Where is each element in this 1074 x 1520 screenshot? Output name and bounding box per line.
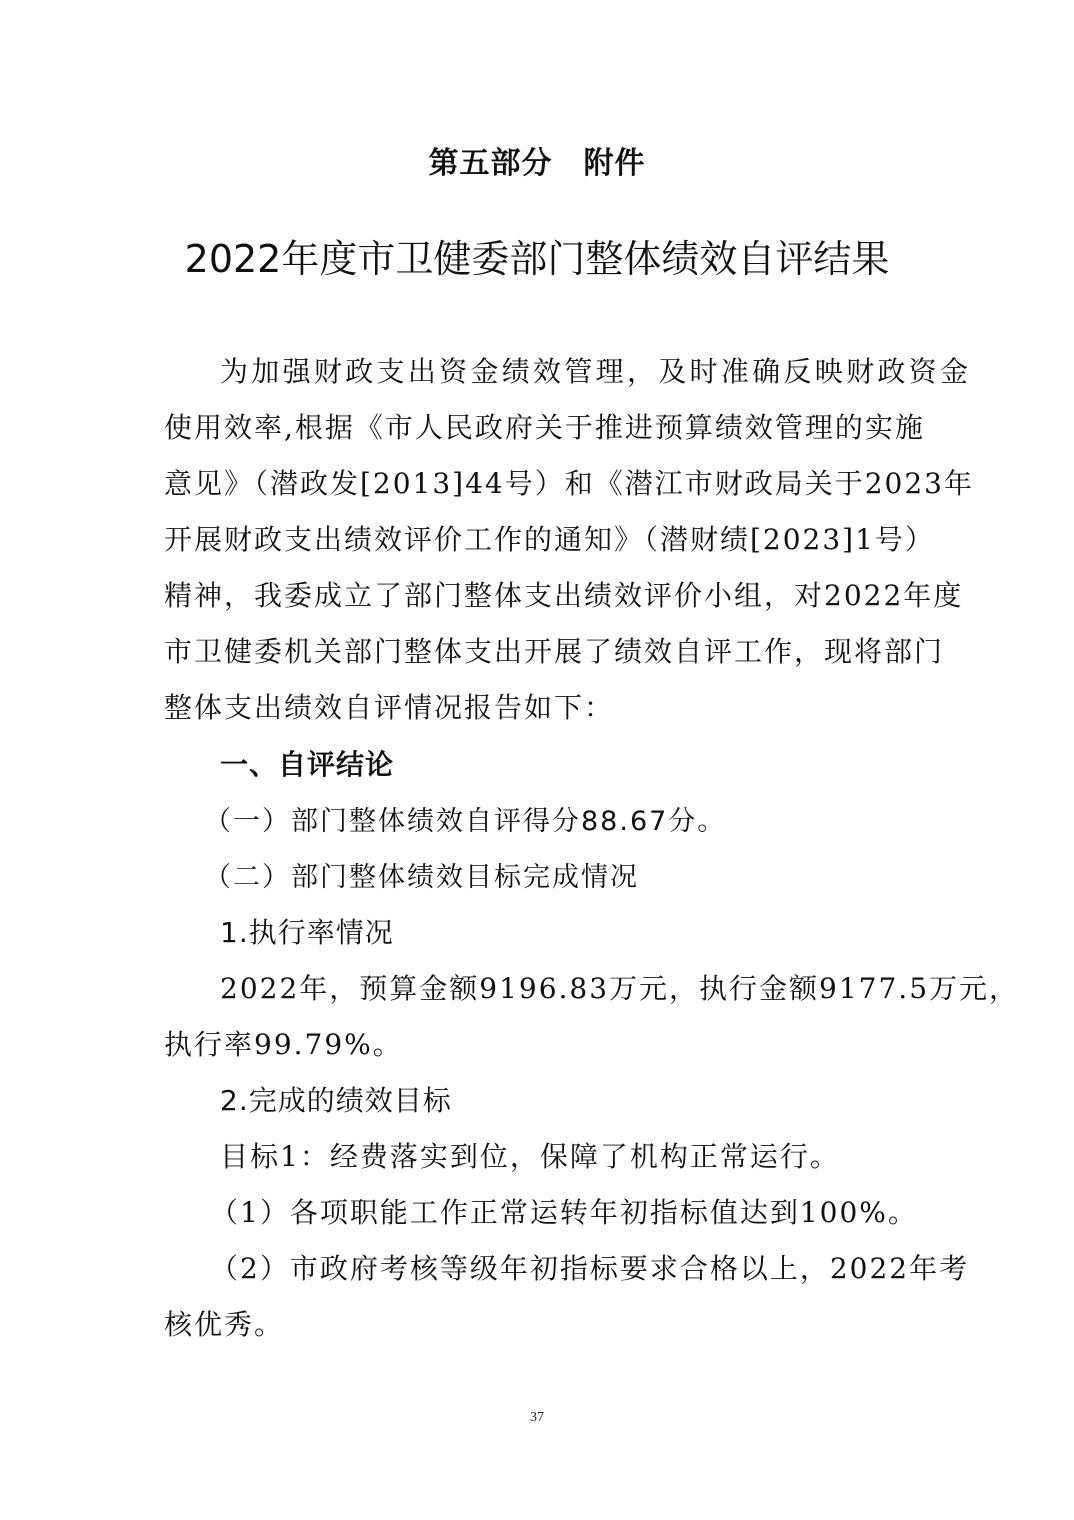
- execution-rate-line: 2022年，预算金额9196.83万元，执行金额9177.5万元，: [164, 967, 970, 1007]
- goal-1-point-2-line: （2）市政府考核等级年初指标要求合格以上，2022年考: [164, 1247, 914, 1287]
- goal-1-point-2-line: 核优秀。: [164, 1303, 914, 1343]
- document-page: 第五部分 附件 2022年度市卫健委部门整体绩效自评结果 为加强财政支出资金绩效…: [0, 0, 1074, 1520]
- sub-goal-completion: （二）部门整体绩效目标完成情况: [204, 855, 954, 894]
- intro-paragraph-line: 使用效率,根据《市人民政府关于推进预算绩效管理的实施: [164, 406, 914, 446]
- heading-execution-rate: 1.执行率情况: [220, 911, 970, 951]
- intro-paragraph-line: 为加强财政支出资金绩效管理，及时准确反映财政资金: [164, 350, 970, 390]
- page-number: 37: [0, 1410, 1074, 1426]
- heading-completed-goals: 2.完成的绩效目标: [220, 1079, 970, 1119]
- intro-paragraph-line: 市卫健委机关部门整体支出开展了绩效自评工作，现将部门: [164, 630, 914, 670]
- document-title: 2022年度市卫健委部门整体绩效自评结果: [0, 228, 1074, 283]
- goal-1: 目标1：经费落实到位，保障了机构正常运行。: [164, 1135, 970, 1175]
- sub-score: （一）部门整体绩效自评得分88.67分。: [204, 799, 954, 838]
- intro-paragraph-line: 精神，我委成立了部门整体支出绩效评价小组，对2022年度: [164, 574, 914, 614]
- intro-paragraph-line: 开展财政支出绩效评价工作的通知》（潜财绩[2023]1号）: [164, 518, 914, 558]
- intro-paragraph-line: 整体支出绩效自评情况报告如下：: [164, 686, 914, 726]
- section-title: 第五部分 附件: [0, 138, 1074, 182]
- goal-1-point-1: （1）各项职能工作正常运转年初指标值达到100%。: [164, 1191, 960, 1231]
- heading-self-evaluation-conclusion: 一、自评结论: [220, 743, 970, 783]
- execution-rate-line: 执行率99.79%。: [164, 1023, 914, 1063]
- intro-paragraph-line: 意见》（潜政发[2013]44号）和《潜江市财政局关于2023年: [164, 462, 914, 502]
